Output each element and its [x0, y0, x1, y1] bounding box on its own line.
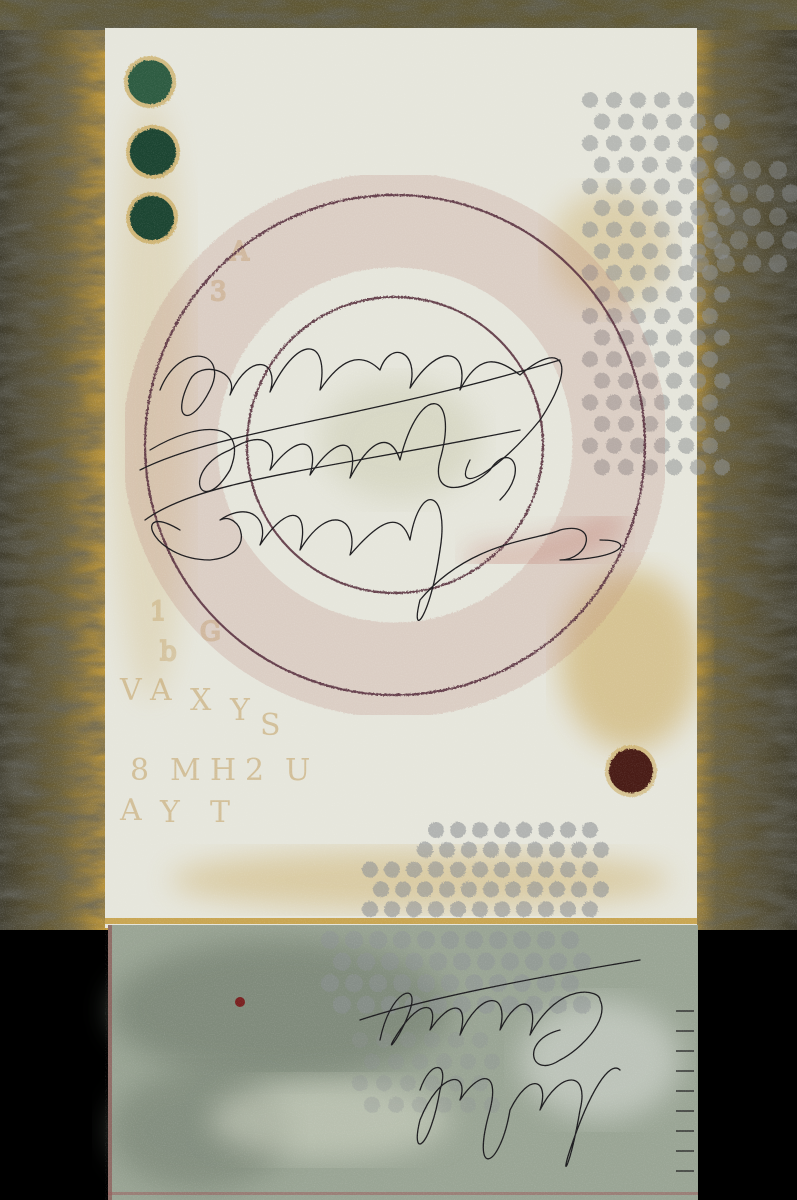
artwork-canvas: Abstract mixed-media collage VAXYS8MH2UA… [0, 0, 797, 1200]
artwork-image: VAXYS8MH2UAYT1bGA3 [0, 0, 797, 1200]
